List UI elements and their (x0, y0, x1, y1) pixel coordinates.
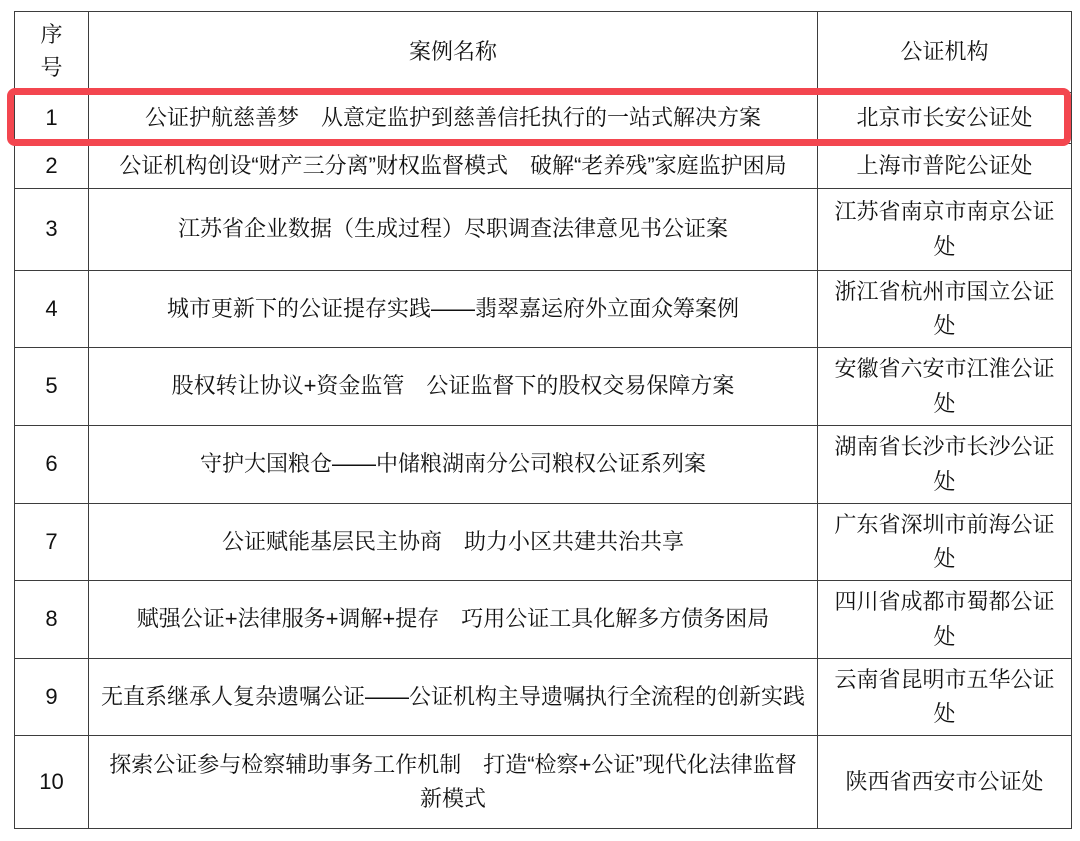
header-number-label: 序号 (40, 18, 63, 84)
table-row: 1 公证护航慈善梦 从意定监护到慈善信托执行的一站式解决方案 北京市长安公证处 (15, 93, 1072, 144)
row-number-cell: 4 (15, 271, 89, 348)
row-number-cell: 7 (15, 504, 89, 581)
row-number-cell: 3 (15, 189, 89, 271)
notary-org-cell: 江苏省南京市南京公证处 (818, 189, 1072, 271)
header-cell-number: 序号 (15, 12, 89, 93)
document-page: 序号 案例名称 公证机构 1 公证护航慈善梦 从意定监护到慈善信托执行的一站式解… (0, 0, 1080, 841)
case-title-cell: 江苏省企业数据（生成过程）尽职调查法律意见书公证案 (89, 189, 818, 271)
header-case-name-label: 案例名称 (409, 39, 497, 64)
table-header-row: 序号 案例名称 公证机构 (15, 12, 1072, 93)
case-title-cell: 公证赋能基层民主协商 助力小区共建共治共享 (89, 504, 818, 581)
table-row: 10 探索公证参与检察辅助事务工作机制 打造“检察+公证”现代化法律监督新模式 … (15, 736, 1072, 829)
table-row: 2 公证机构创设“财产三分离”财权监督模式 破解“老养残”家庭监护困局 上海市普… (15, 144, 1072, 189)
table-row: 9 无直系继承人复杂遗嘱公证——公证机构主导遗嘱执行全流程的创新实践 云南省昆明… (15, 659, 1072, 736)
table-row: 8 赋强公证+法律服务+调解+提存 巧用公证工具化解多方债务困局 四川省成都市蜀… (15, 581, 1072, 659)
table-row: 5 股权转让协议+资金监管 公证监督下的股权交易保障方案 安徽省六安市江淮公证处 (15, 348, 1072, 426)
row-number-cell: 10 (15, 736, 89, 829)
case-title-cell: 赋强公证+法律服务+调解+提存 巧用公证工具化解多方债务困局 (89, 581, 818, 659)
notary-org-cell: 四川省成都市蜀都公证处 (818, 581, 1072, 659)
table-row: 4 城市更新下的公证提存实践——翡翠嘉运府外立面众筹案例 浙江省杭州市国立公证处 (15, 271, 1072, 348)
header-cell-notary-org: 公证机构 (818, 12, 1072, 93)
table-row: 6 守护大国粮仓——中储粮湖南分公司粮权公证系列案 湖南省长沙市长沙公证处 (15, 426, 1072, 504)
notary-org-cell: 陕西省西安市公证处 (818, 736, 1072, 829)
notary-org-cell: 上海市普陀公证处 (818, 144, 1072, 189)
row-number-cell: 8 (15, 581, 89, 659)
case-title-cell: 探索公证参与检察辅助事务工作机制 打造“检察+公证”现代化法律监督新模式 (89, 736, 818, 829)
notary-org-cell: 安徽省六安市江淮公证处 (818, 348, 1072, 426)
case-title-cell: 城市更新下的公证提存实践——翡翠嘉运府外立面众筹案例 (89, 271, 818, 348)
notary-org-cell: 湖南省长沙市长沙公证处 (818, 426, 1072, 504)
row-number-cell: 1 (15, 93, 89, 144)
row-number-cell: 5 (15, 348, 89, 426)
table-row: 7 公证赋能基层民主协商 助力小区共建共治共享 广东省深圳市前海公证处 (15, 504, 1072, 581)
notary-cases-table: 序号 案例名称 公证机构 1 公证护航慈善梦 从意定监护到慈善信托执行的一站式解… (14, 11, 1072, 829)
case-title-cell: 公证护航慈善梦 从意定监护到慈善信托执行的一站式解决方案 (89, 93, 818, 144)
case-title-cell: 公证机构创设“财产三分离”财权监督模式 破解“老养残”家庭监护困局 (89, 144, 818, 189)
notary-org-cell: 广东省深圳市前海公证处 (818, 504, 1072, 581)
row-number-cell: 6 (15, 426, 89, 504)
case-title-cell: 股权转让协议+资金监管 公证监督下的股权交易保障方案 (89, 348, 818, 426)
notary-org-cell: 浙江省杭州市国立公证处 (818, 271, 1072, 348)
case-title-cell: 守护大国粮仓——中储粮湖南分公司粮权公证系列案 (89, 426, 818, 504)
header-cell-case-name: 案例名称 (89, 12, 818, 93)
row-number-cell: 2 (15, 144, 89, 189)
notary-org-cell: 北京市长安公证处 (818, 93, 1072, 144)
header-notary-org-label: 公证机构 (900, 39, 988, 64)
table-row: 3 江苏省企业数据（生成过程）尽职调查法律意见书公证案 江苏省南京市南京公证处 (15, 189, 1072, 271)
case-title-cell: 无直系继承人复杂遗嘱公证——公证机构主导遗嘱执行全流程的创新实践 (89, 659, 818, 736)
notary-org-cell: 云南省昆明市五华公证处 (818, 659, 1072, 736)
row-number-cell: 9 (15, 659, 89, 736)
